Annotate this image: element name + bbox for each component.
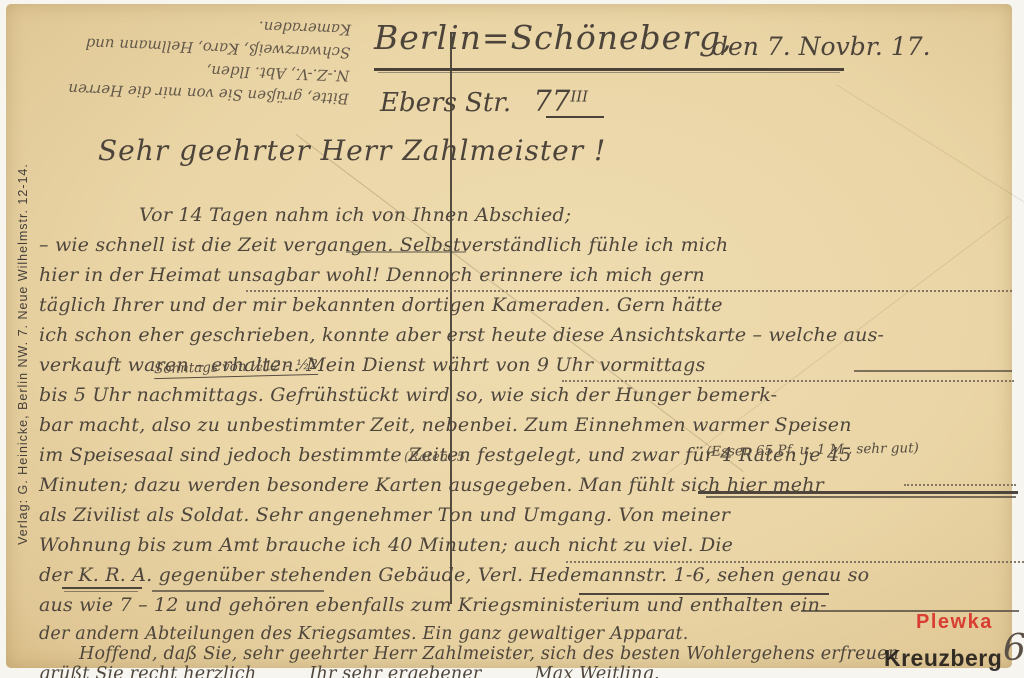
pencil-heavy-strike bbox=[706, 496, 1016, 498]
dateline-date: den 7. Novbr. 17. bbox=[712, 32, 931, 61]
pencil-dotted-underline bbox=[904, 484, 1016, 486]
pencil-heavy-strike bbox=[698, 491, 1018, 494]
stamp-plewka: Plewka bbox=[916, 611, 993, 634]
pencil-dotted-underline bbox=[566, 561, 1024, 563]
address-number: 77 bbox=[533, 84, 570, 118]
handwritten-number-6: 6 bbox=[1003, 628, 1024, 669]
insert-note-raten: (Raten: 5 bbox=[404, 450, 465, 465]
handwritten-line: Vor 14 Tagen nahm ich von Ihnen Abschied… bbox=[139, 204, 1024, 234]
handwritten-line: Wohnung bis zum Amt brauche ich 40 Minut… bbox=[39, 534, 1024, 564]
dateline-underline bbox=[374, 68, 844, 71]
handwritten-line: täglich Ihrer und der mir bekannten dort… bbox=[39, 294, 1024, 324]
salutation: Sehr geehrter Herr Zahlmeister ! bbox=[98, 134, 606, 167]
handwritten-line: grüßt Sie recht herzlich Ihr sehr ergebe… bbox=[39, 664, 1024, 678]
handwritten-line: bis 5 Uhr nachmittags. Gefrühstückt wird… bbox=[39, 384, 1024, 414]
stamp-kreuzberg: Kreuzberg bbox=[884, 645, 1002, 672]
address-underline bbox=[546, 116, 604, 118]
inverted-note: Bitte, grüßen Sie von mir die HerrenN.-Z… bbox=[18, 6, 351, 109]
handwritten-line: Minuten; dazu werden besondere Karten au… bbox=[39, 474, 1024, 504]
address-floor: III bbox=[570, 87, 588, 105]
pencil-underline-kra bbox=[64, 591, 138, 592]
publisher-imprint: Verlag: G. Heinicke, Berlin NW. 7. Neue … bbox=[16, 94, 34, 614]
address-street: Ebers Str. bbox=[380, 88, 511, 118]
pencil-strikethrough bbox=[346, 251, 466, 253]
address-line: Ebers Str. 77III bbox=[380, 84, 588, 118]
handwritten-line: ich schon eher geschrieben, konnte aber … bbox=[39, 324, 1024, 354]
pencil-dotted-underline bbox=[246, 290, 1012, 292]
postcard-scan: Verlag: G. Heinicke, Berlin NW. 7. Neue … bbox=[0, 0, 1024, 678]
handwritten-line: bar macht, also zu unbestimmter Zeit, ne… bbox=[39, 414, 1024, 444]
pencil-underline bbox=[152, 590, 324, 592]
handwritten-line: der andern Abteilungen des Kriegsamtes. … bbox=[39, 624, 1024, 644]
pencil-dotted-underline bbox=[562, 380, 1014, 382]
pencil-strikethrough bbox=[854, 370, 1012, 372]
pencil-underline-kra bbox=[62, 587, 142, 589]
postcard: Verlag: G. Heinicke, Berlin NW. 7. Neue … bbox=[6, 4, 1012, 668]
pencil-underline-hedemannstr bbox=[579, 593, 829, 595]
handwritten-line: als Zivilist als Soldat. Sehr angenehmer… bbox=[39, 504, 1024, 534]
handwritten-line: – wie schnell ist die Zeit vergangen. Se… bbox=[39, 234, 1024, 264]
dateline-underline bbox=[378, 72, 840, 73]
crease-line bbox=[836, 84, 1024, 207]
handwritten-line: Hoffend, daß Sie, sehr geehrter Herr Zah… bbox=[79, 644, 1024, 664]
dateline-place: Berlin=Schöneberg, bbox=[374, 18, 733, 57]
handwritten-line: aus wie 7 – 12 und gehören ebenfalls zum… bbox=[39, 594, 1024, 624]
